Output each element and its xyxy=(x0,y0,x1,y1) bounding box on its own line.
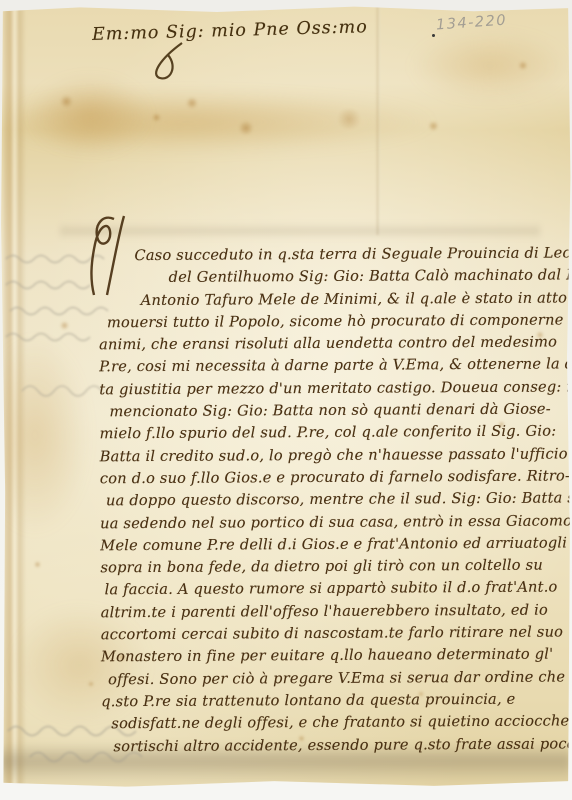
manuscript-line: Antonio Tafuro Mele de Minimi, & il q.al… xyxy=(141,287,569,312)
manuscript-line: Batta il credito sud.o, lo pregò che n'h… xyxy=(100,443,570,468)
manuscript-page: 134-220 Em:mo Sig: mio Pne Oss:mo Caso s… xyxy=(0,5,571,789)
manuscript-line: q.sto P.re sia trattenuto lontano da que… xyxy=(101,688,571,713)
letter-body: Caso succeduto in q.sta terra di Seguale… xyxy=(50,242,571,757)
manuscript-line: mielo f.llo spurio del sud. P.re, col q.… xyxy=(100,421,570,446)
manuscript-line: sopra in bona fede, da dietro poi gli ti… xyxy=(100,555,570,580)
foxing-spot xyxy=(34,561,41,568)
manuscript-line: accortomi cercai subito di nascostam.te … xyxy=(101,621,571,646)
ink-dot xyxy=(432,34,435,37)
manuscript-line: ua sedendo nel suo portico di sua casa, … xyxy=(100,510,570,535)
foxing-spot xyxy=(336,109,362,129)
foxing-spot xyxy=(428,121,439,131)
manuscript-line: sodisfatt.ne degli offesi, e che fratant… xyxy=(111,711,571,736)
manuscript-line: del Gentilhuomo Sig: Gio: Batta Calò mac… xyxy=(169,265,569,290)
manuscript-line: ua doppo questo discorso, mentre che il … xyxy=(106,488,570,513)
photograph-backdrop: 134-220 Em:mo Sig: mio Pne Oss:mo Caso s… xyxy=(0,0,572,800)
manuscript-line: altrim.te i parenti dell'offeso l'hauere… xyxy=(101,599,571,624)
stain-blotch xyxy=(30,75,150,155)
foxing-spot xyxy=(152,113,161,122)
salutation: Em:mo Sig: mio Pne Oss:mo xyxy=(92,17,368,45)
manuscript-line: Monastero in fine per euitare q.llo haue… xyxy=(101,644,571,669)
manuscript-line: animi, che eransi risoluti alla uendetta… xyxy=(99,332,569,357)
manuscript-line: offesi. Sono per ciò à pregare V.Ema si … xyxy=(108,666,571,691)
foxing-spot xyxy=(60,95,73,108)
manuscript-line: con d.o suo f.llo Gios.e e procurato di … xyxy=(100,465,570,490)
manuscript-line: Mele comune P.re delli d.i Gios.e e frat… xyxy=(100,532,570,557)
foxing-spot xyxy=(518,61,528,70)
stain-blotch xyxy=(410,31,570,101)
manuscript-line: sortischi altro accidente, essendo pure … xyxy=(113,733,571,758)
manuscript-line: mouersi tutto il Popolo, sicome hò procu… xyxy=(107,309,569,334)
manuscript-line: P.re, cosi mi necessita à darne parte à … xyxy=(99,354,569,379)
manuscript-line: mencionato Sig: Gio: Batta non sò quanti… xyxy=(109,398,569,423)
salutation-flourish xyxy=(146,41,192,81)
foxing-spot xyxy=(186,97,198,109)
foxing-spot xyxy=(238,121,254,135)
manuscript-line: la faccia. A questo rumore si appartò su… xyxy=(104,577,570,602)
manuscript-line: ta giustitia per mezzo d'un meritato cas… xyxy=(99,376,569,401)
manuscript-line: Caso succeduto in q.sta terra di Seguale… xyxy=(134,242,568,267)
